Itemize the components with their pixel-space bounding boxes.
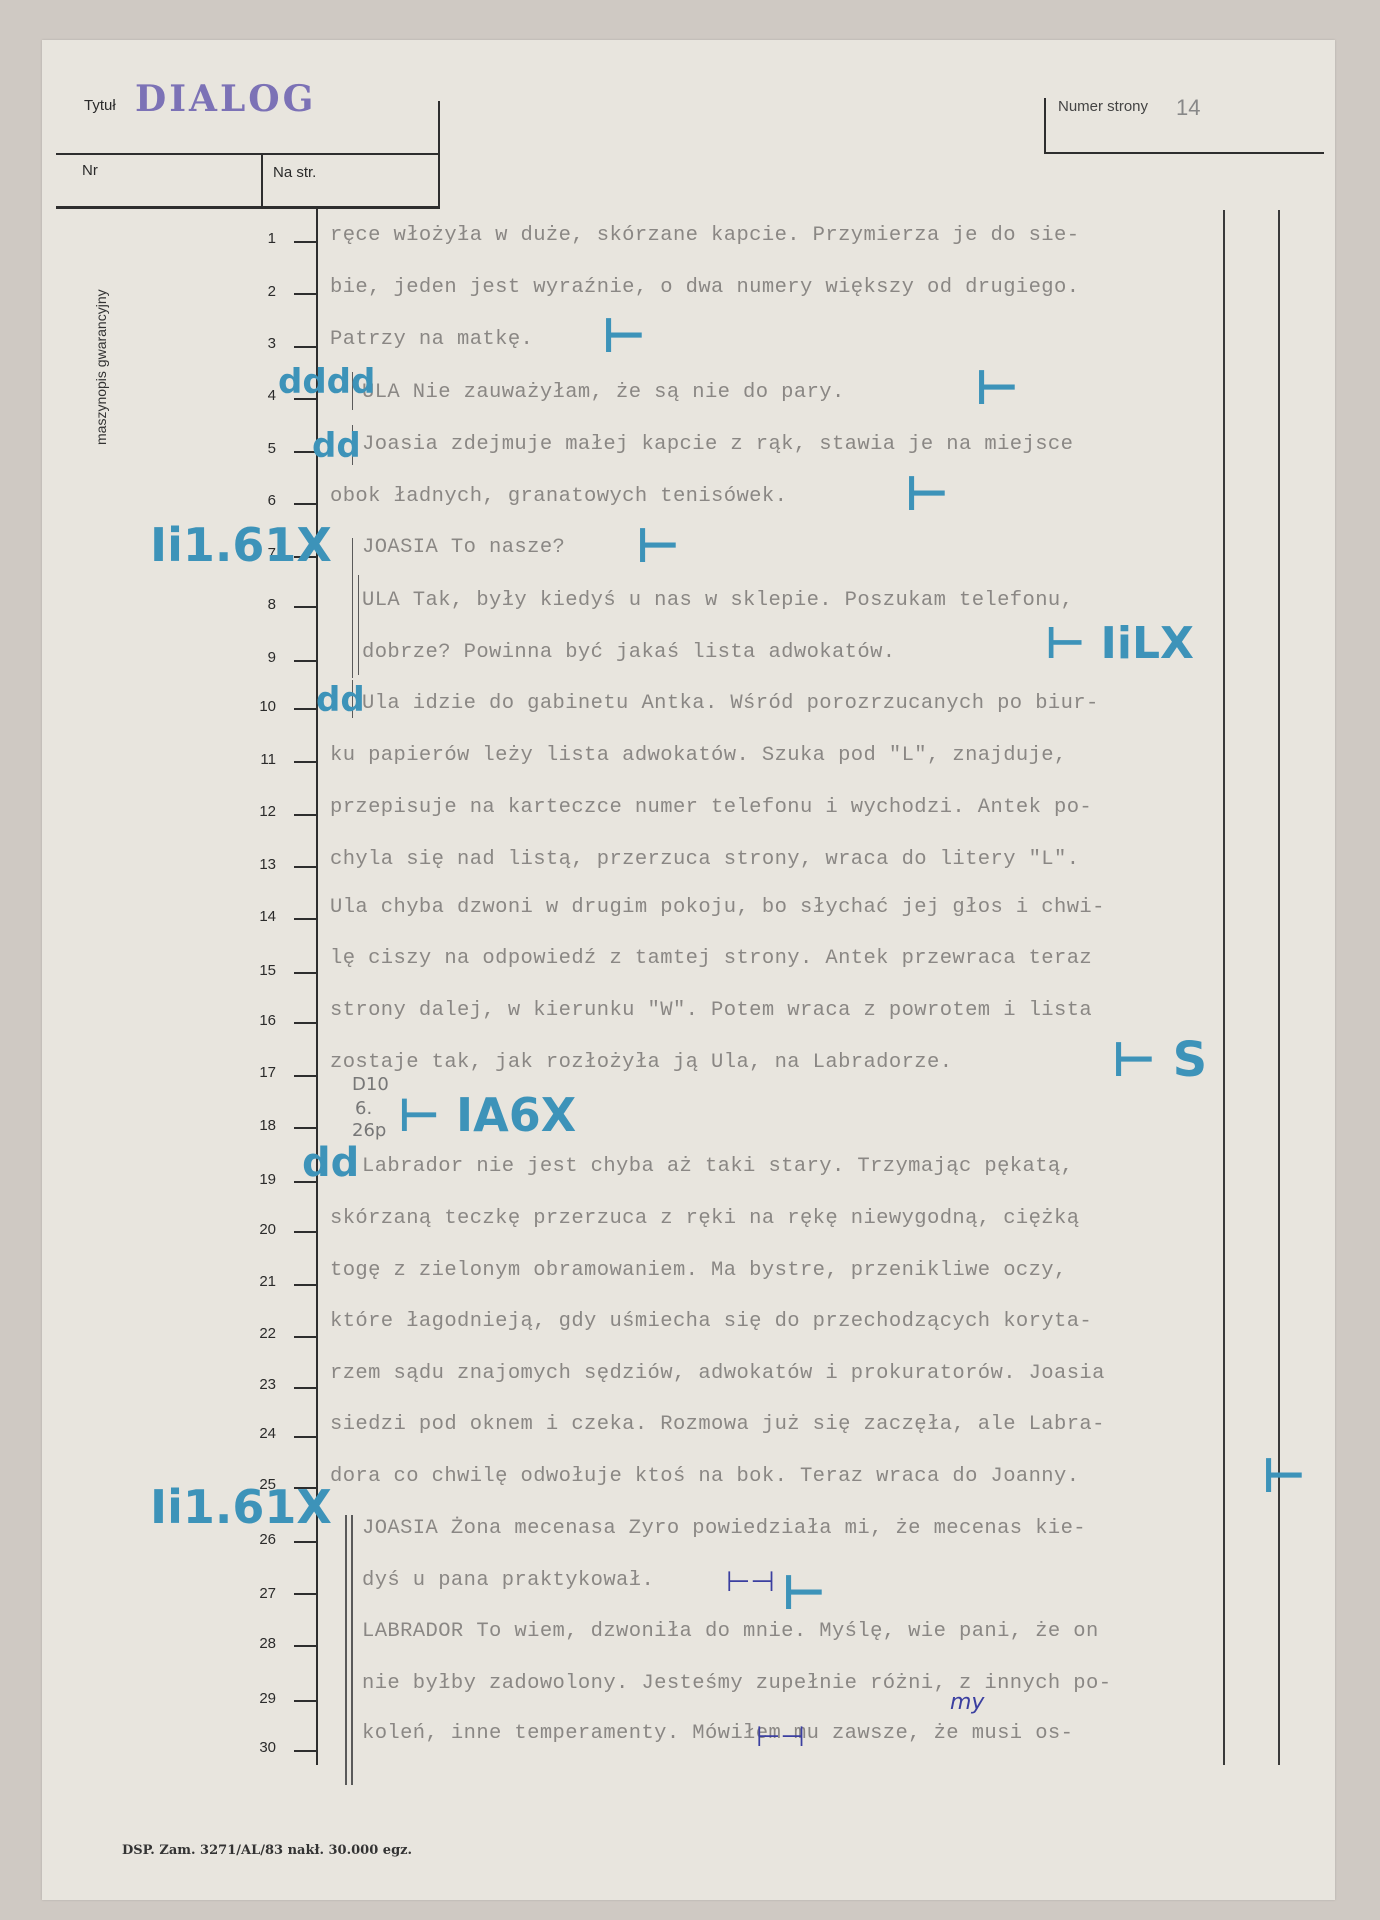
dialogue-bracket — [345, 1515, 347, 1785]
line-number: 24 — [240, 1425, 276, 1442]
line-number: 18 — [240, 1117, 276, 1134]
page-number-box-bottom — [1044, 152, 1324, 154]
line-number: 3 — [240, 335, 276, 352]
pencil-note: 6. — [355, 1098, 372, 1119]
pencil-note: D10 — [352, 1074, 389, 1095]
typed-line: dora co chwilę odwołuje ktoś na bok. Ter… — [330, 1465, 1079, 1488]
typed-line: Labrador nie jest chyba aż taki stary. T… — [362, 1155, 1073, 1178]
line-number: 29 — [240, 1690, 276, 1707]
typed-line: rzem sądu znajomych sędziów, adwokatów i… — [330, 1362, 1105, 1385]
nr-label: Nr — [82, 162, 98, 179]
typed-line: zostaje tak, jak rozłożyła ją Ula, na La… — [330, 1051, 952, 1074]
edit-mark: dd — [312, 426, 361, 466]
line-number: 27 — [240, 1585, 276, 1602]
nr-divider — [261, 153, 263, 208]
line-number: 8 — [240, 596, 276, 613]
line-number: 17 — [240, 1064, 276, 1081]
line-number: 20 — [240, 1221, 276, 1238]
line-number: 4 — [240, 387, 276, 404]
line-number: 16 — [240, 1012, 276, 1029]
cut-mark-icon: ⊢ — [1262, 1448, 1306, 1504]
typed-line: siedzi pod oknem i czeka. Rozmowa już si… — [330, 1413, 1105, 1436]
page-number-box-left — [1044, 98, 1046, 153]
line-number: 21 — [240, 1273, 276, 1290]
line-number: 10 — [240, 698, 276, 715]
edit-mark: dd — [302, 1140, 359, 1186]
typed-line: Ula idzie do gabinetu Antka. Wśród poroz… — [362, 692, 1099, 715]
typed-line: obok ładnych, granatowych tenisówek. — [330, 485, 787, 508]
page-number-label: Numer strony — [1058, 98, 1148, 115]
edit-mark: dddd — [278, 362, 375, 402]
line-number: 28 — [240, 1635, 276, 1652]
line-number: 13 — [240, 856, 276, 873]
edit-mark: dd — [316, 680, 365, 720]
cut-mark-icon: ⊢ — [905, 466, 949, 522]
line-number: 1 — [240, 230, 276, 247]
paragraph-mark-icon: ⊢⊣ — [756, 1720, 805, 1753]
line-number: 23 — [240, 1376, 276, 1393]
line-number: 9 — [240, 649, 276, 666]
cut-mark-icon: ⊢ — [782, 1565, 826, 1621]
typed-line: skórzaną teczkę przerzuca z ręki na rękę… — [330, 1207, 1079, 1230]
right-margin-rule-2 — [1278, 210, 1280, 1765]
correction-note: my — [950, 1690, 984, 1715]
typed-line: ku papierów leży lista adwokatów. Szuka … — [330, 744, 1067, 767]
na-str-label: Na str. — [273, 164, 316, 181]
cut-mark-icon: ⊢ — [636, 518, 680, 574]
line-number: 22 — [240, 1325, 276, 1342]
typed-line: strony dalej, w kierunku "W". Potem wrac… — [330, 999, 1092, 1022]
paragraph-mark-icon: ⊢⊣ — [726, 1565, 775, 1598]
typed-line: Patrzy na matkę. — [330, 328, 533, 351]
typed-line: togę z zielonym obramowaniem. Ma bystre,… — [330, 1259, 1067, 1282]
typed-line: Ula chyba dzwoni w drugim pokoju, bo sły… — [330, 896, 1105, 919]
typed-line: JOASIA To nasze? — [362, 536, 565, 559]
typed-line: dyś u pana praktykował. — [362, 1569, 654, 1592]
title-stamp: DIALOG — [135, 78, 316, 120]
pencil-note: 26p — [352, 1120, 386, 1141]
line-number: 11 — [240, 751, 276, 768]
header-rule — [56, 153, 439, 155]
line-number: 15 — [240, 962, 276, 979]
typed-line: przepisuje na karteczce numer telefonu i… — [330, 796, 1092, 819]
sidebar-label: maszynopis gwarancyjny — [93, 289, 109, 445]
typed-line: dobrze? Powinna być jakaś lista adwokató… — [362, 641, 895, 664]
typed-line: ręce włożyła w duże, skórzane kapcie. Pr… — [330, 224, 1079, 247]
typed-line: LABRADOR To wiem, dzwoniła do mnie. Myśl… — [362, 1620, 1099, 1643]
line-number: 30 — [240, 1739, 276, 1756]
typed-line: ULA Nie zauważyłam, że są nie do pary. — [362, 381, 845, 404]
typed-line: lę ciszy na odpowiedź z tamtej strony. A… — [330, 947, 1092, 970]
typed-line: które łagodnieją, gdy uśmiecha się do pr… — [330, 1310, 1092, 1333]
line18-code-annotation: ⊢ IA6Ⅹ — [398, 1088, 576, 1142]
typed-line: JOASIA Żona mecenasa Zyro powiedziała mi… — [362, 1517, 1086, 1540]
header-rule-bottom — [56, 206, 439, 209]
print-footer: DSP. Zam. 3271/AL/83 nakł. 30.000 egz. — [122, 1843, 412, 1858]
dialogue-bracket — [352, 538, 353, 678]
cut-mark-icon: ⊢ — [975, 360, 1019, 416]
line-number: 2 — [240, 283, 276, 300]
line-number: 12 — [240, 803, 276, 820]
typed-line: bie, jeden jest wyraźnie, o dwa numery w… — [330, 276, 1079, 299]
line9-code-annotation: ⊢ IiLⅩ — [1045, 618, 1194, 669]
typed-line: Joasia zdejmuje małej kapcie z rąk, staw… — [362, 433, 1073, 456]
line-number: 5 — [240, 440, 276, 457]
line17-code-annotation: ⊢ S — [1112, 1032, 1207, 1088]
line-number: 6 — [240, 492, 276, 509]
typed-line: ULA Tak, były kiedyś u nas w sklepie. Po… — [362, 589, 1073, 612]
typed-line: koleń, inne temperamenty. Mówiłem mu zaw… — [362, 1722, 1073, 1745]
header-divider — [438, 101, 440, 209]
cut-mark-icon: ⊢ — [602, 308, 646, 364]
line-number: 19 — [240, 1171, 276, 1188]
typed-line: nie byłby zadowolony. Jesteśmy zupełnie … — [362, 1672, 1111, 1695]
line-number: 14 — [240, 908, 276, 925]
margin-code-annotation: Ii1.61Ⅹ — [150, 518, 332, 572]
dialogue-bracket — [351, 1515, 353, 1785]
typed-line: chyla się nad listą, przerzuca strony, w… — [330, 848, 1079, 871]
title-label: Tytuł — [84, 97, 116, 114]
margin-code-annotation: Ii1.61Ⅹ — [150, 1480, 332, 1534]
page-number-value: 14 — [1176, 95, 1200, 121]
right-margin-rule-1 — [1223, 210, 1225, 1765]
dialogue-bracket — [358, 575, 359, 675]
